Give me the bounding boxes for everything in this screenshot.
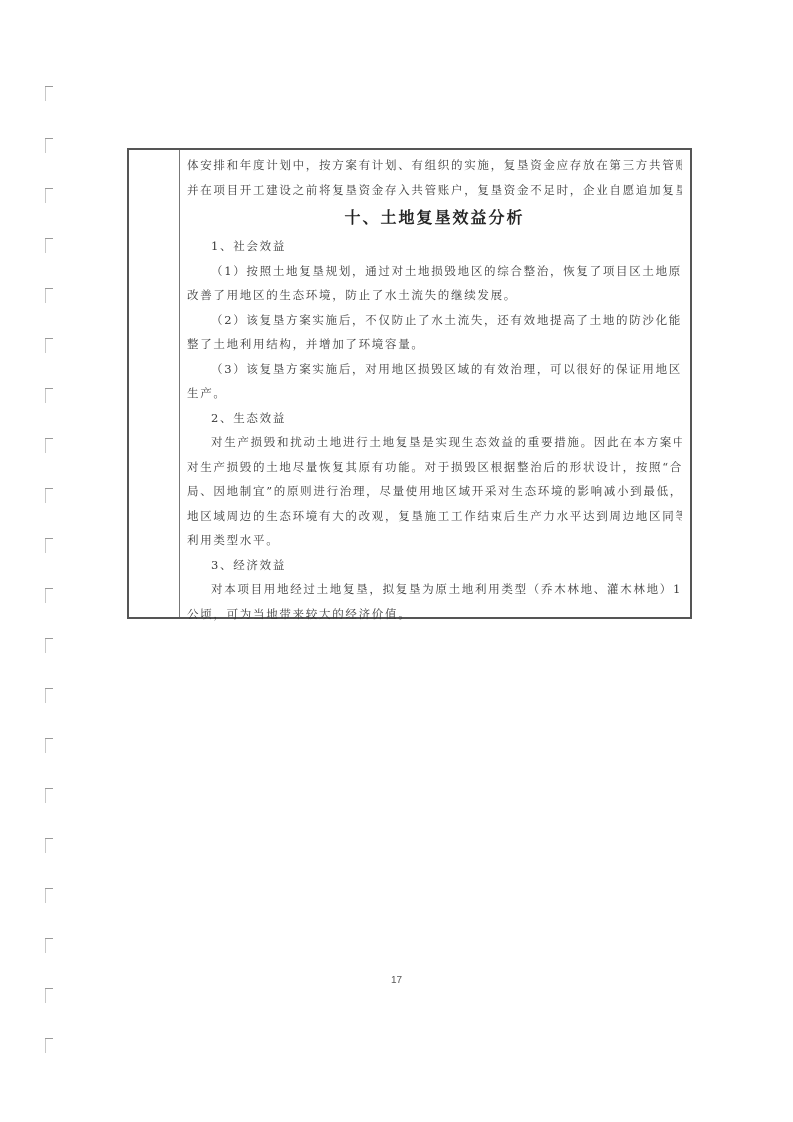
subsection-title: 3、经济效益 [187,553,682,578]
margin-mark [45,788,53,790]
body-line: 体安排和年度计划中，按方案有计划、有组织的实施，复垦资金应存放在第三方共管账户， [187,153,682,178]
body-line: 对生产损毁的土地尽量恢复其原有功能。对于损毁区根据整治后的形状设计，按照“合理布 [187,455,682,480]
body-line: 公顷，可为当地带来较大的经济价值。 [187,602,682,627]
subsection-title: 2、生态效益 [187,406,682,431]
body-line: 整了土地利用结构，并增加了环境容量。 [187,332,682,357]
margin-mark [45,488,53,490]
section-heading: 十、土地复垦效益分析 [187,202,682,234]
body-line: 对本项目用地经过土地复垦，拟复垦为原土地利用类型（乔木林地、灌木林地）1.055… [187,577,682,602]
margin-mark [45,188,53,190]
body-line: 利用类型水平。 [187,528,682,553]
margin-mark [45,938,53,940]
table-label-column [129,150,180,617]
margin-mark [45,538,53,540]
margin-mark [45,638,53,640]
body-line: （2）该复垦方案实施后，不仅防止了水土流失，还有效地提高了土地的防沙化能力，调 [187,308,682,333]
body-line: 生产。 [187,381,682,406]
table-content-cell: 体安排和年度计划中，按方案有计划、有组织的实施，复垦资金应存放在第三方共管账户，… [180,150,690,617]
margin-mark [45,238,53,240]
margin-mark [45,588,53,590]
margin-mark [45,888,53,890]
margin-mark [45,388,53,390]
margin-mark [45,838,53,840]
margin-mark [45,288,53,290]
margin-mark [45,338,53,340]
subsection-title: 1、社会效益 [187,234,682,259]
margin-mark [45,988,53,990]
margin-mark [45,1038,53,1040]
body-line: 局、因地制宜”的原则进行治理，尽量使用地区域开采对生态环境的影响减小到最低，使用 [187,479,682,504]
body-line: 对生产损毁和扰动土地进行土地复垦是实现生态效益的重要措施。因此在本方案中，要 [187,430,682,455]
margin-mark [45,738,53,740]
content-table: 体安排和年度计划中，按方案有计划、有组织的实施，复垦资金应存放在第三方共管账户，… [127,148,692,619]
body-line: 地区域周边的生态环境有大的改观，复垦施工工作结束后生产力水平达到周边地区同等土地 [187,504,682,529]
body-line: （3）该复垦方案实施后，对用地区损毁区域的有效治理，可以很好的保证用地区的安全 [187,357,682,382]
margin-mark [45,438,53,440]
page-number: 17 [0,975,793,986]
margin-mark [45,688,53,690]
body-line: 改善了用地区的生态环境，防止了水土流失的继续发展。 [187,283,682,308]
margin-mark [45,86,53,88]
body-line: 并在项目开工建设之前将复垦资金存入共管账户，复垦资金不足时，企业自愿追加复垦费用… [187,178,682,203]
margin-mark [45,138,53,140]
body-line: （1）按照土地复垦规划，通过对土地损毁地区的综合整治，恢复了项目区土地原有功能， [187,259,682,284]
